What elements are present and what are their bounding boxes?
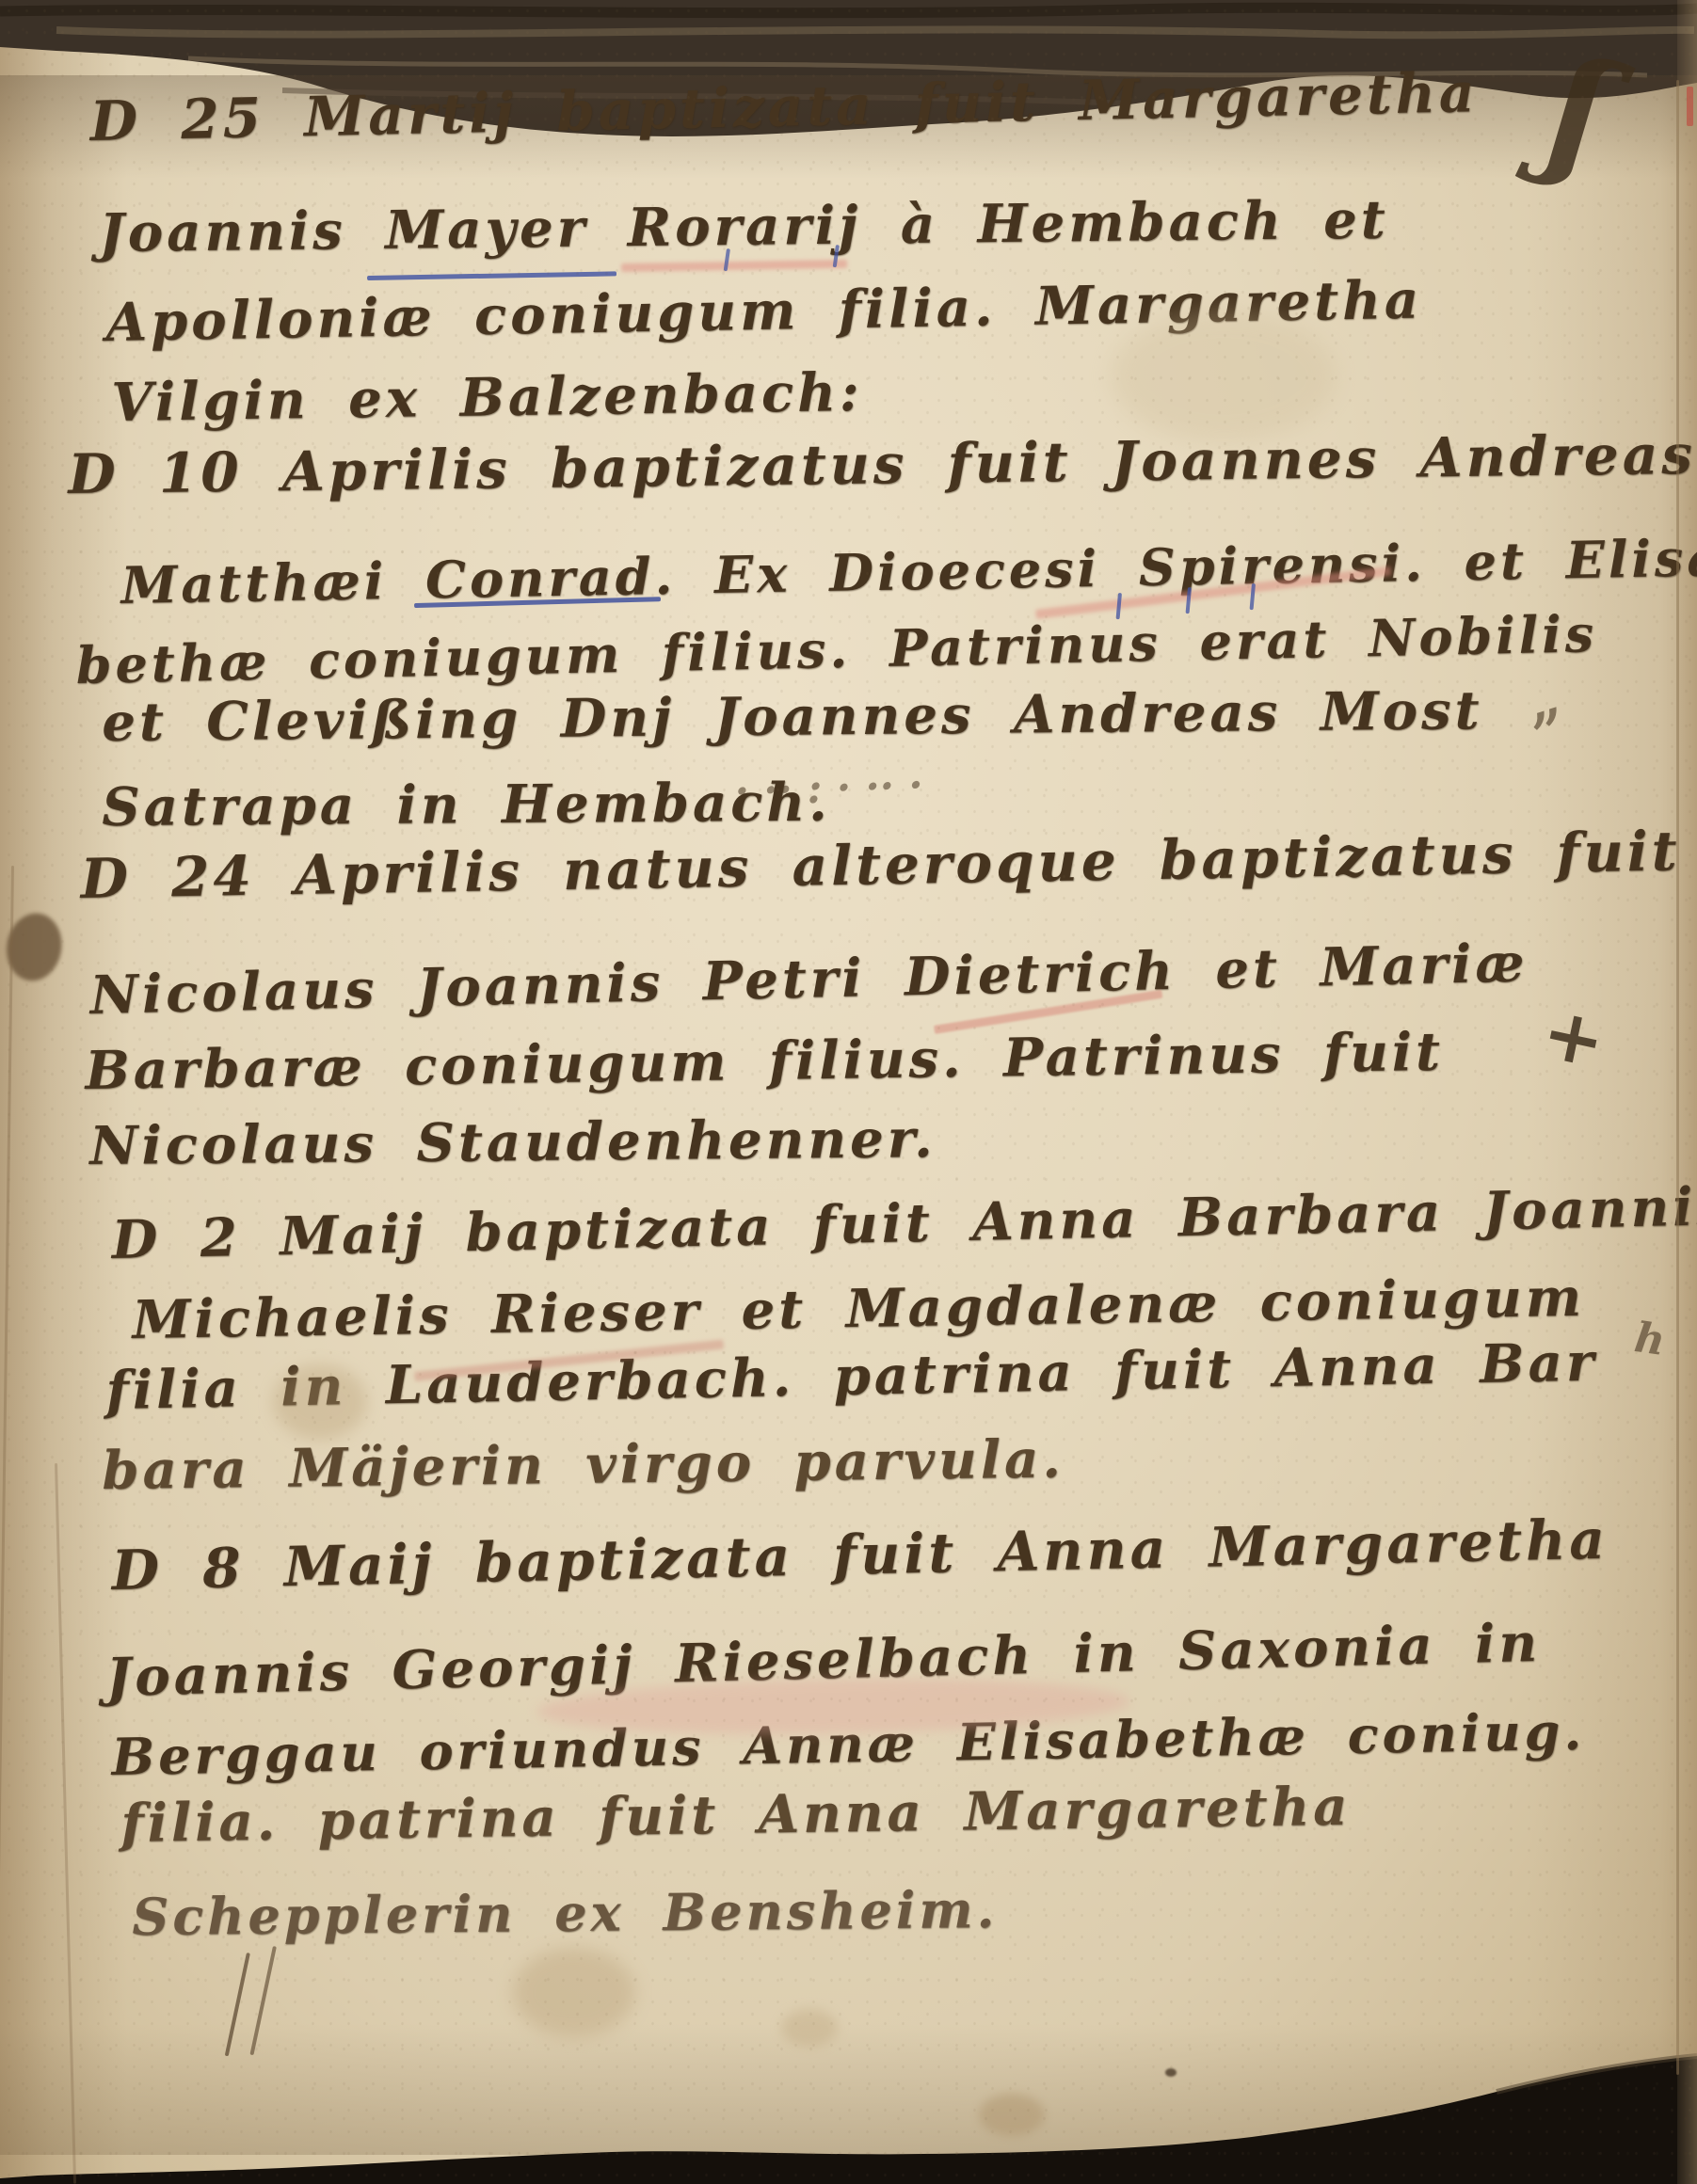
speck — [1165, 2068, 1177, 2077]
manuscript-line-17: bara Mäjerin virgo parvula. — [102, 1428, 1065, 1502]
manuscript-line-13: Nicolaus Staudenhenner. — [89, 1108, 937, 1177]
blue-underline — [367, 271, 616, 280]
manuscript-line-9: Satrapa in Hembach. — [102, 772, 831, 838]
stain — [513, 1948, 635, 2037]
manuscript-line-12: Barbaræ coniugum filius. Patrinus fuit — [85, 1021, 1444, 1102]
manuscript-line-2: Joannis Mayer Rorarij à Hembach et — [99, 189, 1389, 264]
stain — [1111, 311, 1337, 442]
ink-hook-mark: h — [1632, 1317, 1668, 1363]
stain — [979, 2094, 1045, 2136]
stain — [781, 2009, 838, 2047]
red-underline — [621, 260, 847, 272]
stain — [273, 1364, 367, 1440]
manuscript-line-8: et Clevißing Dnj Joannes Andreas Most — [102, 679, 1483, 754]
manuscript-line-4: Vilgin ex Balzenbach: — [111, 361, 863, 434]
crease — [1676, 80, 1679, 2075]
scanned-page: D 25 Martij baptizata fuit MargarethaJoa… — [0, 0, 1697, 2184]
page-right-edge — [1677, 0, 1697, 2184]
ink-dots: · ·· : · ·· · — [734, 765, 923, 813]
book-bottom-edge — [0, 1958, 1697, 2184]
manuscript-line-5: D 10 Aprilis baptizatus fuit Joannes And… — [68, 422, 1696, 506]
manuscript-line-21: filia. patrina fuit Anna Margaretha — [120, 1776, 1352, 1855]
manuscript-line-6: Matthæi Conrad. Ex Dioecesi Spirensi. et… — [120, 527, 1697, 615]
manuscript-line-18: D 8 Maij baptizata fuit Anna Margaretha — [111, 1507, 1609, 1602]
red-edge-mark — [1687, 87, 1693, 126]
ink-cross: + — [1536, 996, 1611, 1080]
ink-quote-mark: „ — [1517, 669, 1565, 733]
manuscript-line-14: D 2 Maij baptizata fuit Anna Barbara Joa… — [111, 1175, 1697, 1271]
manuscript-line-11: Nicolaus Joannis Petri Dietrich et Mariæ — [89, 932, 1529, 1027]
manuscript-line-22: Schepplerin ex Bensheim. — [132, 1879, 999, 1947]
